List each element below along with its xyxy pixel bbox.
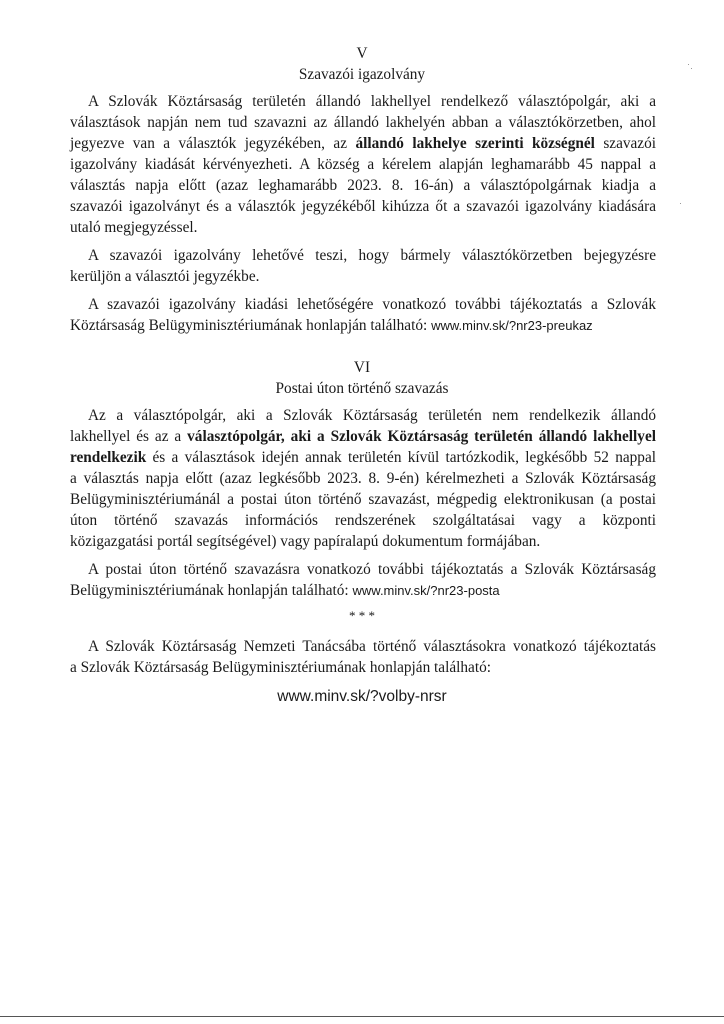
paragraph-line: A Szlovák Köztársaság területén állandó … <box>88 91 656 112</box>
paragraph-line: Belügyminisztériumánál a postai úton tör… <box>70 489 656 510</box>
bold-emphasis: választópolgár, aki a Szlovák Köztársasá… <box>187 428 656 445</box>
text-span: és a választások idején annak területén … <box>153 449 656 466</box>
bottom-rule <box>0 1016 724 1017</box>
scan-speck <box>691 68 692 69</box>
paragraph-line: választások napján nem tud szavazni az á… <box>70 112 656 133</box>
paragraph-line-mixed: lakhellyel és az a választópolgár, aki a… <box>70 426 656 447</box>
text-span: Köztársaság Belügyminisztériumának honla… <box>70 317 427 334</box>
paragraph-line: A szavazói igazolvány kiadási lehetőségé… <box>88 294 656 315</box>
paragraph-line: A Szlovák Köztársaság Nemzeti Tanácsába … <box>88 636 656 657</box>
paragraph-line: a Szlovák Köztársaság Belügyminisztérium… <box>70 657 656 678</box>
paragraph-line: igazolvány kiadását kérvényezheti. A köz… <box>70 154 656 175</box>
bold-emphasis: állandó lakhelye szerinti községnél <box>355 135 594 152</box>
paragraph-line: úton történő szavazás információs rendsz… <box>70 510 656 531</box>
bold-emphasis: rendelkezik <box>70 449 146 466</box>
paragraph-line: közigazgatási portál segítségével) vagy … <box>70 531 656 552</box>
paragraph-line: Az a választópolgár, aki a Szlovák Köztá… <box>88 405 656 426</box>
paragraph-line-mixed: jegyezve van a választók jegyzékében, az… <box>70 133 656 154</box>
paragraph-line-mixed: rendelkezik és a választások idején anna… <box>70 447 656 468</box>
text-span: Belügyminisztériumának honlapján találha… <box>70 582 349 599</box>
paragraph-line-with-link: Köztársaság Belügyminisztériumának honla… <box>70 315 656 336</box>
link-posta[interactable]: www.minv.sk/?nr23-posta <box>353 583 500 598</box>
text-span: szavazói <box>603 135 656 152</box>
paragraph-line: utaló megjegyzéssel. <box>70 217 656 238</box>
link-volby-nrsr[interactable]: www.minv.sk/?volby-nrsr <box>0 686 724 708</box>
paragraph-line: a választás napja előtt (azaz legkésőbb … <box>70 468 656 489</box>
text-span: lakhellyel és az a <box>70 428 181 445</box>
section-v-number: V <box>0 44 724 64</box>
paragraph-line: választás napja előtt (azaz leghamarább … <box>70 175 656 196</box>
paragraph-line: kerüljön a választói jegyzékbe. <box>70 266 656 287</box>
section-vi-title: Postai úton történő szavazás <box>0 379 724 399</box>
section-v-title: Szavazói igazolvány <box>0 65 724 85</box>
scan-speck <box>680 203 681 204</box>
document-page: V Szavazói igazolvány A Szlovák Köztársa… <box>0 0 724 1024</box>
paragraph-line: A szavazói igazolvány lehetővé teszi, ho… <box>88 245 656 266</box>
text-span: jegyezve van a választók jegyzékében, az <box>70 135 347 152</box>
section-vi-number: VI <box>0 358 724 378</box>
paragraph-line-with-link: Belügyminisztériumának honlapján találha… <box>70 580 656 601</box>
paragraph-line: A postai úton történő szavazásra vonatko… <box>88 559 656 580</box>
link-preukaz[interactable]: www.minv.sk/?nr23-preukaz <box>431 318 593 333</box>
scan-speck <box>688 64 689 65</box>
paragraph-line: szavazói igazolványt és a választók jegy… <box>70 196 656 217</box>
separator-asterisks: * * * <box>0 606 724 626</box>
